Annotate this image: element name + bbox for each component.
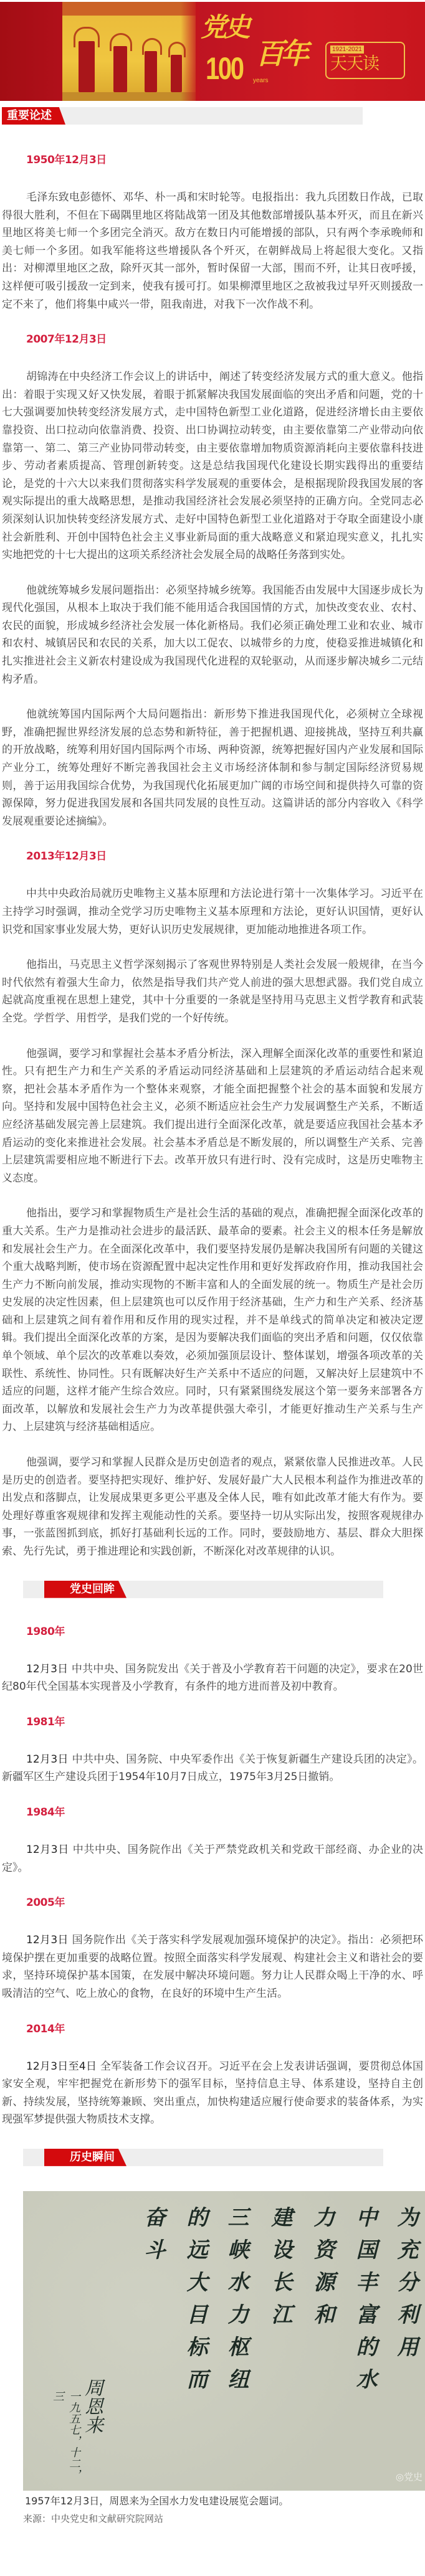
history-item: 12月3日 中共中央、国务院作出《关于严禁党政机关和党政干部经商、办企业的决定》… [2,1841,423,1877]
year-heading: 1981年 [26,1713,425,1731]
entry-paragraph: 他就统筹国内国际两个大局问题指出：新形势下推进我国现代化，必须树立全球视野，准确… [2,706,423,830]
calligraphy-date: 一九五七，十二，三 [49,2390,82,2491]
entry-paragraph: 他指出，马克思主义哲学深刻揭示了客观世界特别是人类社会发展一般规律，在当今时代依… [2,956,423,1027]
banner-title-100: 100 [206,53,243,84]
banner-door [79,41,95,92]
badge-years: 1921-2021 [330,45,364,54]
weibo-watermark: ◎党史 [396,2470,423,2483]
header-banner: 党史 100 years 百年 1921-2021 天天读 [0,2,425,101]
history-item-date: 12月3日至4日 [26,2060,97,2073]
history-item-date: 12月3日 [26,1663,68,1675]
history-item: 12月3日至4日 全军装备工作会议召开。习近平在会上发表讲话强调，要贯彻总体国家… [2,2058,423,2129]
entry-paragraph: 他强调，要学习和掌握社会基本矛盾分析法，深入理解全面深化改革的重要性和紧迫性。只… [2,1045,423,1188]
calligraphy-column: 建设长江 [269,2206,290,2336]
weibo-icon: ◎ [396,2471,404,2483]
entry-paragraph: 他指出，要学习和掌握物质生产是社会生活的基础的观点，准确把握全面深化改革的重大关… [2,1205,423,1436]
history-item: 12月3日 国务院作出《关于落实科学发展观加强环境保护的决定》。指出：必须把环境… [2,1931,423,2002]
calligraphy-column: 奋斗 [142,2206,163,2271]
section-label: 历史瞬间 [44,2149,127,2166]
calligraphy-column: 力资源和 [312,2206,333,2336]
entry-paragraph: 他就统筹城乡发展问题指出：必须坚持城乡统筹。我国能否由发展中大国逐步成长为现代化… [2,582,423,689]
badge-read-daily: 天天读 [330,54,379,75]
history-item: 12月3日 中共中央、国务院、中央军委作出《关于恢复新疆生产建设兵团的决定》。新… [2,1751,423,1786]
section-header-important: 重要论述 [2,107,363,125]
banner-title-dangshi: 党史 [201,14,248,40]
calligraphy-signature: 周恩来 [78,2378,105,2434]
image-caption: 1957年12月3日，周恩来为全国水力发电建设展览会题词。 [25,2493,425,2510]
entry-paragraph: 胡锦涛在中央经济工作会议上的讲话中，阐述了转变经济发展方式的重大意义。他指出：着… [2,368,423,564]
year-heading: 1984年 [26,1804,425,1821]
section-label: 党史回眸 [44,1581,127,1598]
history-item-date: 12月3日 [26,1934,69,1946]
banner-roof [62,2,196,16]
source-note: 来源：中央党史和文献研究院网站 [23,2510,425,2527]
banner-title-bainian: 百年 [255,39,305,68]
banner-title-years: years [253,77,268,84]
entry-date: 2013年12月3日 [26,848,425,865]
section-header-review: 党史回眸 [23,1581,383,1598]
entry-date: 2007年12月3日 [26,331,425,348]
year-heading: 1980年 [26,1623,425,1641]
section-header-moment: 历史瞬间 [23,2149,383,2166]
history-item-date: 12月3日 [26,1753,69,1766]
history-item: 12月3日 中共中央、国务院发出《关于普及小学教育若干问题的决定》，要求在20世… [2,1660,423,1696]
watermark-text: 党史 [404,2471,423,2483]
history-item-date: 12月3日 [26,1844,69,1856]
calligraphy-column: 为充分利用 [395,2206,416,2368]
entry-paragraph: 中共中央政治局就历史唯物主义基本原理和方法论进行第十一次集体学习。习近平在主持学… [2,885,423,939]
calligraphy-photo: 为充分利用 中国丰富的水 力资源和 建设长江 三峡水力枢纽 的远大目标而 奋斗 … [23,2191,425,2491]
entry-date: 1950年12月3日 [26,151,425,169]
banner-badge: 1921-2021 天天读 [325,42,405,79]
calligraphy-column: 的远大目标而 [184,2206,206,2400]
calligraphy-column: 三峡水力枢纽 [226,2206,247,2400]
entry-paragraph: 毛泽东致电彭德怀、邓华、朴一禹和宋时轮等。电报指出：我九兵团数日作战，已取得很大… [2,189,423,313]
year-heading: 2005年 [26,1894,425,1911]
entry-paragraph: 他强调，要学习和掌握人民群众是历史创造者的观点，紧紧依靠人民推进改革。人民是历史… [2,1454,423,1561]
calligraphy-column: 中国丰富的水 [354,2206,375,2400]
banner-ground [62,92,196,101]
banner-fade [181,2,199,101]
banner-door [145,51,157,92]
banner-building-photo [62,2,196,101]
banner-door [113,46,127,92]
section-label: 重要论述 [2,107,65,125]
year-heading: 2014年 [26,2020,425,2038]
